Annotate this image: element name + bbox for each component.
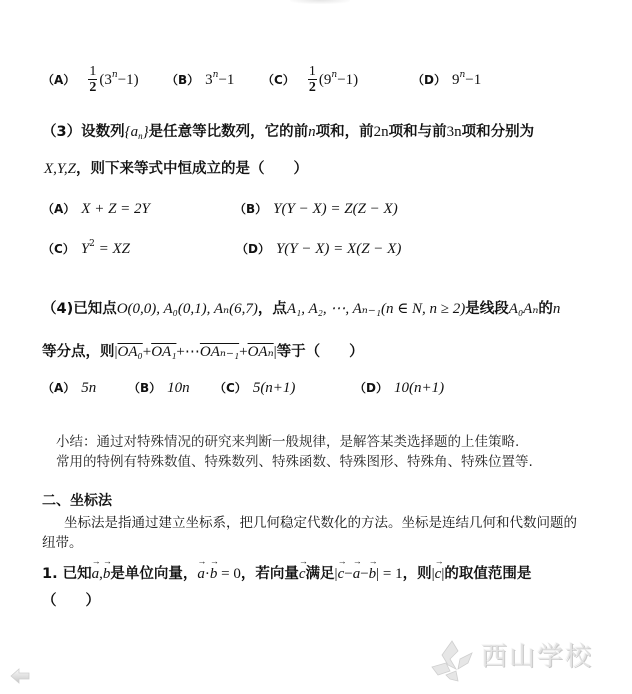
q4-option-b: （B）10n [128,377,190,397]
q2-option-a: （A） 12(3n−1) [42,64,139,95]
q5-stem-line1: 1. 已知a,b是单位向量，a·b = 0，若向量c满足|c−a−b| = 1，… [42,562,531,583]
q4-stem-line2: 等分点，则|OA₀+OA₁+⋯OAₙ₋₁+OAₙ|等于（ ） [42,340,364,361]
q5-answer-blank: （ ） [42,589,100,610]
q2-option-b: （B）3n−1 [166,69,234,89]
q3-option-b: （B）Y(Y − X) = Z(Z − X) [234,198,398,218]
q4-stem-line1: （4)已知点O(0,0), A₀(0,1), Aₙ(6,7)，点A₁, A₂, … [42,297,560,318]
summary-line1: 小结：通过对特殊情况的研究来判断一般规律，是解答某类选择题的上佳策略. [56,430,519,450]
q4-option-d: （D）10(n+1) [354,377,444,397]
summary-line2: 常用的特例有特殊数值、特殊数列、特殊函数、特殊图形、特殊角、特殊位置等. [56,450,533,470]
q3-stem-line2: X,Y,Z，则下来等式中恒成立的是（ ） [44,157,308,178]
q3-option-d: （D）Y(Y − X) = X(Z − X) [236,238,401,258]
q4-option-c: （C）5(n+1) [214,377,295,397]
q3-option-a: （A）X + Z = 2Y [42,198,150,218]
q2-option-c: （C） 12(9n−1) [262,64,358,95]
school-logo-text: 西山学校 [481,642,593,672]
q3-stem-line1: （3）设数列{an}是任意等比数列，它的前n项和，前2n项和与前3n项和分别为 [42,120,534,141]
back-arrow-button[interactable] [10,668,30,688]
q2-option-d: （D）9n−1 [412,69,481,89]
school-logo: 西山学校 [428,636,593,683]
q4-option-a: （A）5n [42,377,96,397]
section-paragraph-line1: 坐标法是指通过建立坐标系，把几何稳定代数化的方法。坐标是连结几何和代数问题的 [64,511,577,531]
back-arrow-icon [10,668,30,684]
fraction: 12 [88,64,97,95]
top-shadow-decoration [290,0,350,4]
section-heading: 二、坐标法 [42,490,112,510]
q3-option-c: （C）Y2 = XZ [42,238,130,258]
section-paragraph-line2: 纽带。 [42,531,83,551]
fraction: 12 [308,64,317,95]
star-logo-icon [428,639,476,683]
